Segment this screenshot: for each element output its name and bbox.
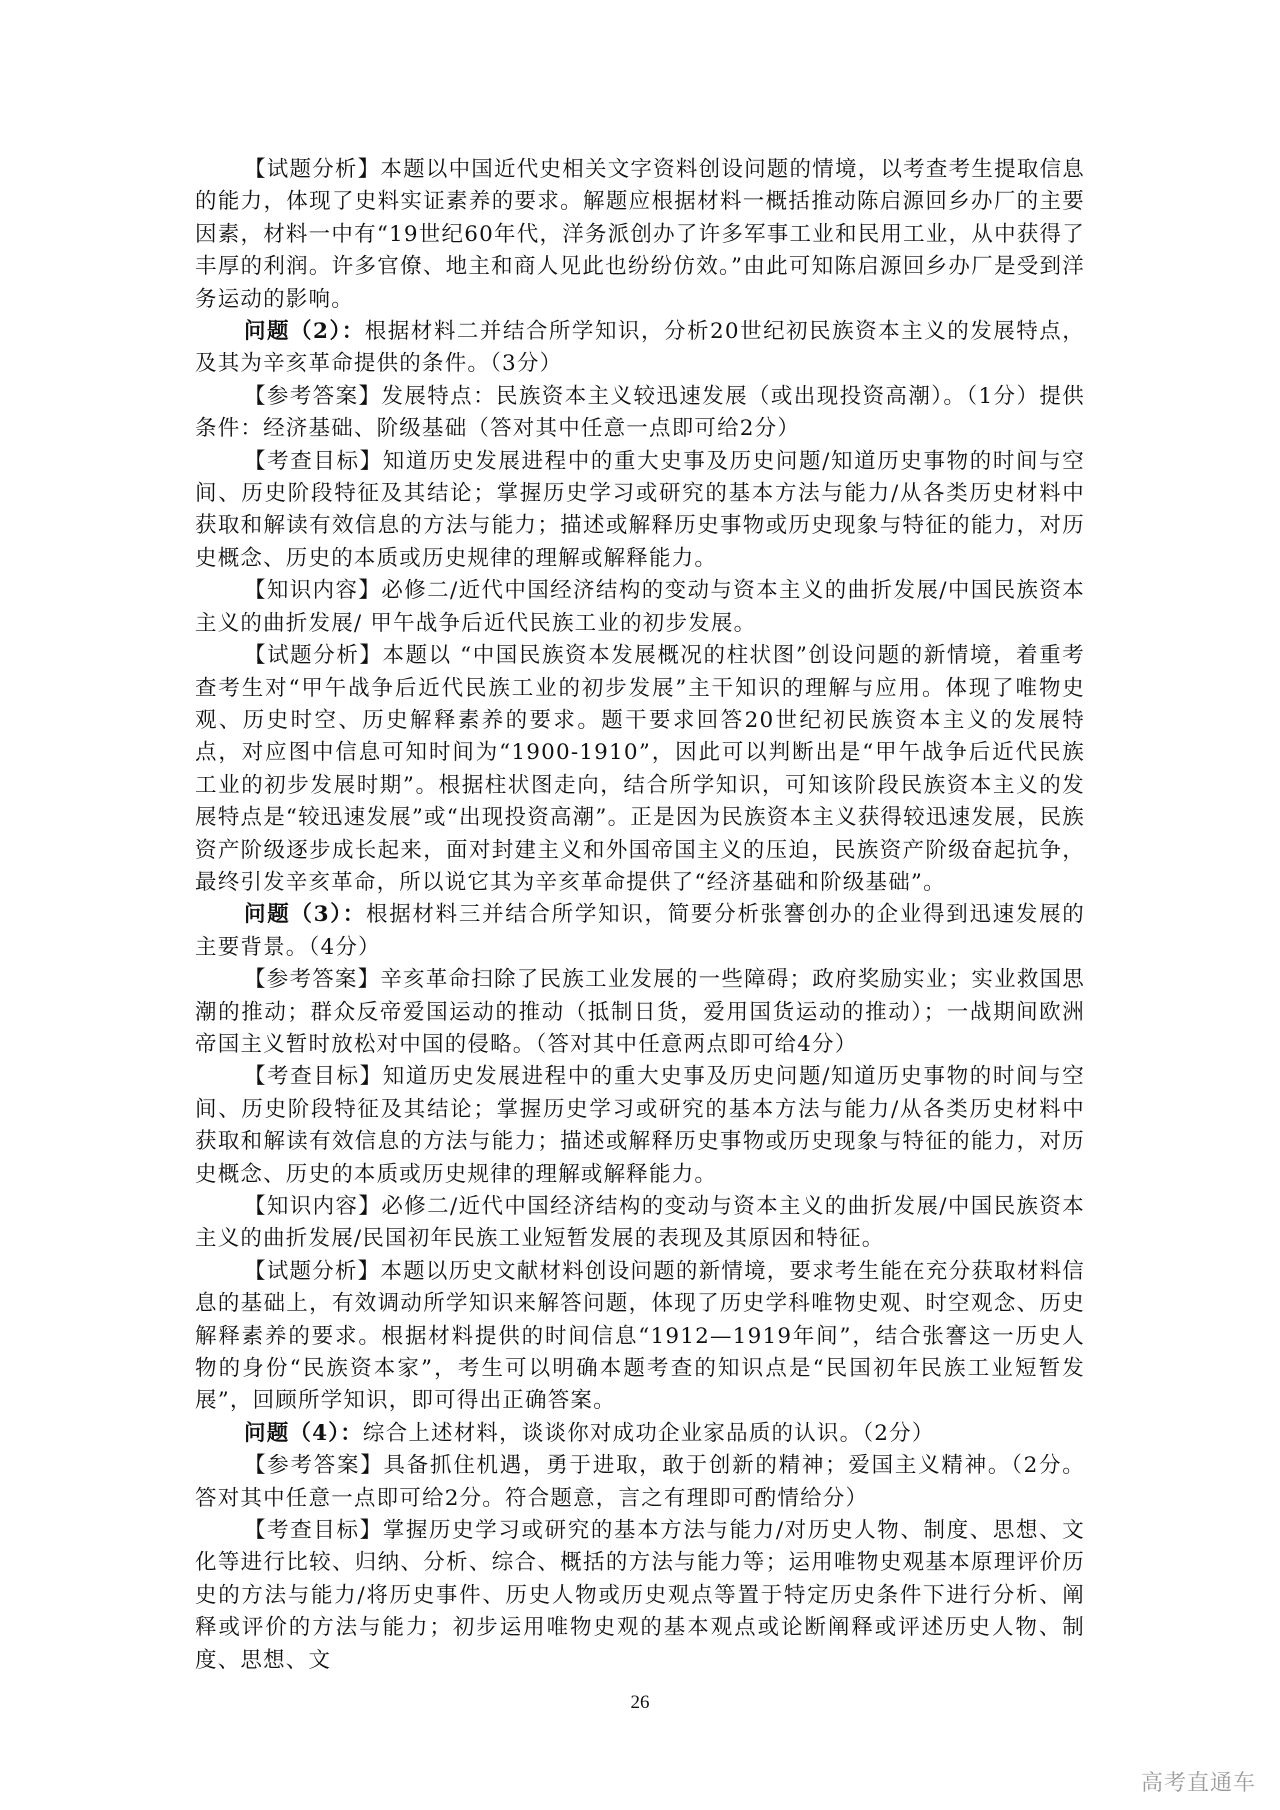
- paragraph-question-2: 问题（2）：根据材料二并结合所学知识，分析20世纪初民族资本主义的发展特点，及其…: [195, 316, 1085, 381]
- watermark-logo-text: 高考直通车: [1141, 1766, 1256, 1797]
- paragraph-analysis-3: 【试题分析】本题以历史文献材料创设问题的新情境，要求考生能在充分获取材料信息的基…: [195, 1256, 1085, 1418]
- paragraph-analysis-1: 【试题分析】本题以中国近代史相关文字资料创设问题的情境，以考查考生提取信息的能力…: [195, 154, 1085, 316]
- paragraph-question-3: 问题（3）：根据材料三并结合所学知识，简要分析张謇创办的企业得到迅速发展的主要背…: [195, 899, 1085, 964]
- paragraph-target-4: 【考查目标】掌握历史学习或研究的基本方法与能力/对历史人物、制度、思想、文化等进…: [195, 1515, 1085, 1677]
- paragraph-target-2: 【考查目标】知道历史发展进程中的重大史事及历史问题/知道历史事物的时间与空间、历…: [195, 446, 1085, 576]
- paragraph-answer-3: 【参考答案】辛亥革命扫除了民族工业发展的一些障碍；政府奖励实业；实业救国思潮的推…: [195, 964, 1085, 1061]
- paragraph-target-3: 【考查目标】知道历史发展进程中的重大史事及历史问题/知道历史事物的时间与空间、历…: [195, 1061, 1085, 1191]
- paragraph-knowledge-2: 【知识内容】必修二/近代中国经济结构的变动与资本主义的曲折发展/中国民族资本主义…: [195, 575, 1085, 640]
- question-label: 问题（3）：: [244, 902, 366, 927]
- paragraph-analysis-2: 【试题分析】本题以 “中国民族资本发展概况的柱状图”创设问题的新情境，着重考查考…: [195, 640, 1085, 899]
- question-label: 问题（2）：: [244, 319, 365, 344]
- paragraph-question-4: 问题（4）：综合上述材料，谈谈你对成功企业家品质的认识。（2分）: [195, 1418, 1085, 1450]
- page-number: 26: [0, 1692, 1280, 1714]
- paragraph-answer-2: 【参考答案】发展特点：民族资本主义较迅速发展（或出现投资高潮）。（1分）提供条件…: [195, 381, 1085, 446]
- paragraph-answer-4: 【参考答案】具备抓住机遇，勇于进取，敢于创新的精神；爱国主义精神。（2分。答对其…: [195, 1450, 1085, 1515]
- paragraph-knowledge-3: 【知识内容】必修二/近代中国经济结构的变动与资本主义的曲折发展/中国民族资本主义…: [195, 1191, 1085, 1256]
- question-label: 问题（4）：: [244, 1421, 363, 1446]
- question-text: 综合上述材料，谈谈你对成功企业家品质的认识。（2分）: [363, 1421, 935, 1446]
- document-body: 【试题分析】本题以中国近代史相关文字资料创设问题的情境，以考查考生提取信息的能力…: [195, 154, 1085, 1677]
